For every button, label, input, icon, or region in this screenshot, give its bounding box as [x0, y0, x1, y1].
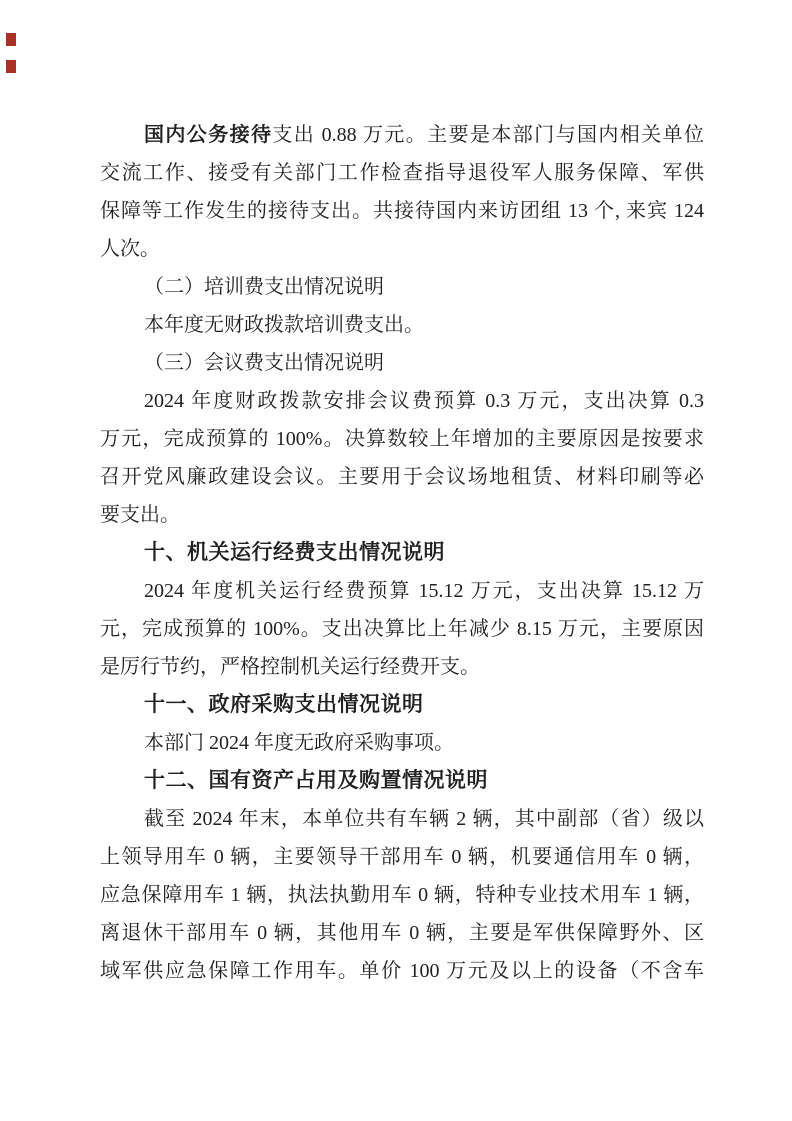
- text-line: 截至 2024 年末，本单位共有车辆 2 辆，其中副部（省）级以: [100, 800, 704, 838]
- text-line: 元，完成预算的 100%。支出决算比上年减少 8.15 万元，主要原因: [100, 610, 704, 648]
- red-mark: [6, 60, 16, 73]
- text-line: 2024 年度财政拨款安排会议费预算 0.3 万元，支出决算 0.3: [100, 382, 704, 420]
- line-text: 人次。: [100, 238, 160, 260]
- line-text: 上领导用车 0 辆，主要领导干部用车 0 辆，机要通信用车 0 辆，: [100, 846, 704, 868]
- text-line: 交流工作、接受有关部门工作检查指导退役军人服务保障、军供: [100, 154, 704, 192]
- text-line: 万元，完成预算的 100%。决算数较上年增加的主要原因是按要求: [100, 420, 704, 458]
- text-line: 域军供应急保障工作用车。单价 100 万元及以上的设备（不含车: [100, 952, 704, 990]
- line-text: 十一、政府采购支出情况说明: [144, 693, 424, 716]
- line-text: 要支出。: [100, 504, 180, 526]
- line-text: 截至 2024 年末，本单位共有车辆 2 辆，其中副部（省）级以: [144, 808, 704, 830]
- document-page: 国内公务接待支出 0.88 万元。主要是本部门与国内相关单位交流工作、接受有关部…: [0, 0, 792, 1121]
- line-text: 域军供应急保障工作用车。单价 100 万元及以上的设备（不含车: [100, 960, 704, 982]
- line-text: 十、机关运行经费支出情况说明: [144, 541, 445, 564]
- text-line: 要支出。: [100, 496, 704, 534]
- bold-lead-text: 国内公务接待: [144, 124, 272, 146]
- text-line: 离退休干部用车 0 辆，其他用车 0 辆，主要是军供保障野外、区: [100, 914, 704, 952]
- line-text: 2024 年度财政拨款安排会议费预算 0.3 万元，支出决算 0.3: [144, 390, 704, 412]
- text-line: 十、机关运行经费支出情况说明: [100, 534, 704, 572]
- text-line: 十二、国有资产占用及购置情况说明: [100, 762, 704, 800]
- line-text: 万元，完成预算的 100%。决算数较上年增加的主要原因是按要求: [100, 428, 704, 450]
- text-line: 人次。: [100, 230, 704, 268]
- line-text: 2024 年度机关运行经费预算 15.12 万元，支出决算 15.12 万: [144, 580, 704, 602]
- document-body: 国内公务接待支出 0.88 万元。主要是本部门与国内相关单位交流工作、接受有关部…: [100, 116, 704, 990]
- line-text: 本年度无财政拨款培训费支出。: [144, 314, 424, 336]
- text-line: 十一、政府采购支出情况说明: [100, 686, 704, 724]
- line-text: 十二、国有资产占用及购置情况说明: [144, 769, 488, 792]
- text-line: 2024 年度机关运行经费预算 15.12 万元，支出决算 15.12 万: [100, 572, 704, 610]
- line-text: 是厉行节约，严格控制机关运行经费开支。: [100, 656, 480, 678]
- line-text: （二）培训费支出情况说明: [144, 276, 384, 298]
- line-text: 元，完成预算的 100%。支出决算比上年减少 8.15 万元，主要原因: [100, 618, 704, 640]
- text-line: 是厉行节约，严格控制机关运行经费开支。: [100, 648, 704, 686]
- line-text: 召开党风廉政建设会议。主要用于会议场地租赁、材料印刷等必: [100, 466, 704, 488]
- text-line: 保障等工作发生的接待支出。共接待国内来访团组 13 个, 来宾 124: [100, 192, 704, 230]
- text-line: 上领导用车 0 辆，主要领导干部用车 0 辆，机要通信用车 0 辆，: [100, 838, 704, 876]
- text-line: （三）会议费支出情况说明: [100, 344, 704, 382]
- red-mark: [6, 33, 16, 46]
- text-line: 本年度无财政拨款培训费支出。: [100, 306, 704, 344]
- text-line: （二）培训费支出情况说明: [100, 268, 704, 306]
- text-line: 本部门 2024 年度无政府采购事项。: [100, 724, 704, 762]
- text-line: 召开党风廉政建设会议。主要用于会议场地租赁、材料印刷等必: [100, 458, 704, 496]
- line-text: 本部门 2024 年度无政府采购事项。: [144, 732, 454, 754]
- line-text: （三）会议费支出情况说明: [144, 352, 384, 374]
- text-line: 国内公务接待支出 0.88 万元。主要是本部门与国内相关单位: [100, 116, 704, 154]
- line-text: 保障等工作发生的接待支出。共接待国内来访团组 13 个, 来宾 124: [100, 200, 704, 222]
- line-text: 应急保障用车 1 辆，执法执勤用车 0 辆，特种专业技术用车 1 辆，: [100, 884, 704, 906]
- text-line: 应急保障用车 1 辆，执法执勤用车 0 辆，特种专业技术用车 1 辆，: [100, 876, 704, 914]
- line-text: 交流工作、接受有关部门工作检查指导退役军人服务保障、军供: [100, 162, 704, 184]
- line-text: 离退休干部用车 0 辆，其他用车 0 辆，主要是军供保障野外、区: [100, 922, 704, 944]
- line-text: 支出 0.88 万元。主要是本部门与国内相关单位: [272, 124, 704, 146]
